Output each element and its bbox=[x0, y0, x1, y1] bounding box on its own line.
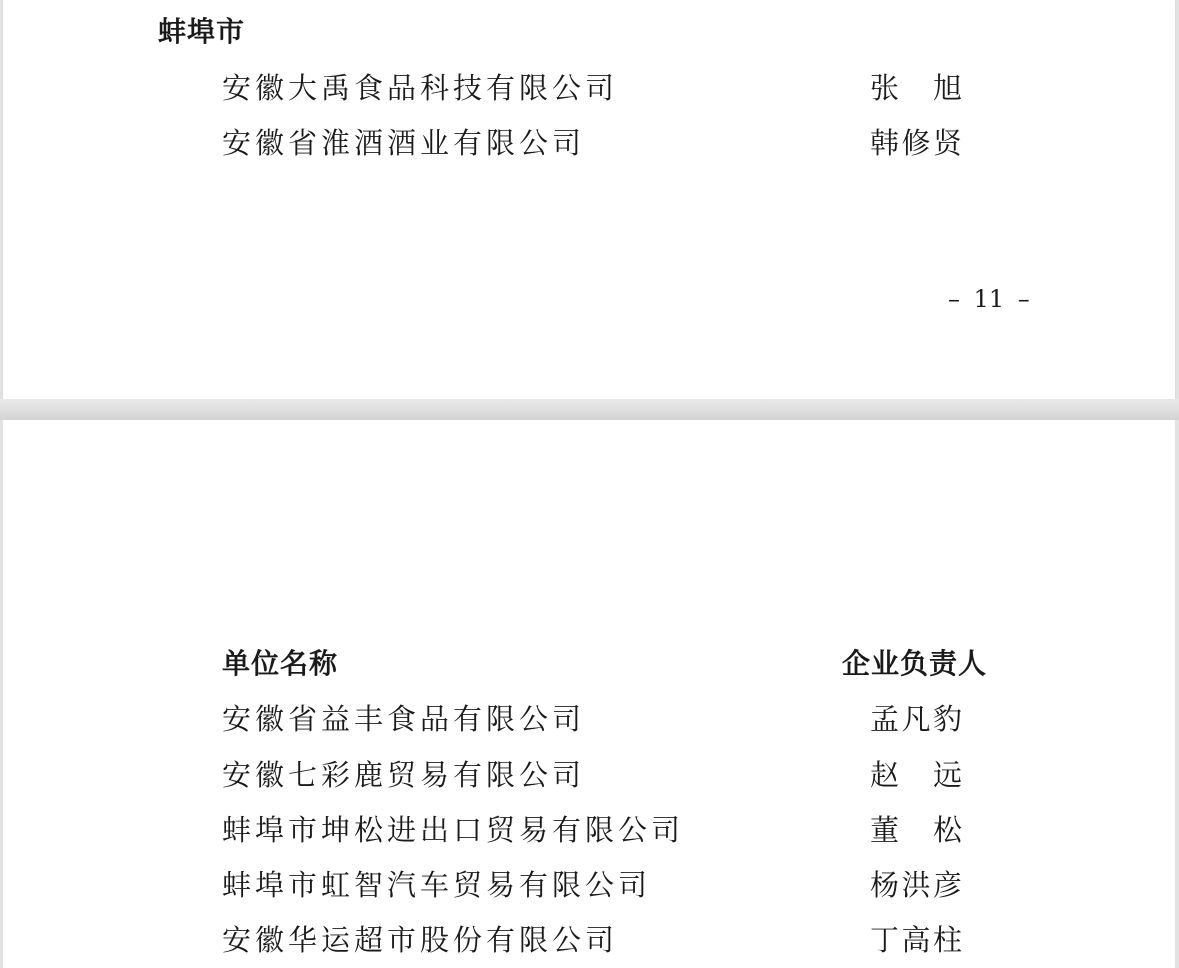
page-number: – 11 – bbox=[948, 285, 1030, 313]
leader-name: 张 旭 bbox=[870, 66, 962, 107]
leader-name: 赵 远 bbox=[870, 753, 962, 794]
company-name: 安徽大禹食品科技有限公司 bbox=[222, 66, 618, 107]
company-name: 安徽省益丰食品有限公司 bbox=[222, 697, 585, 738]
document-page-12: 单位名称 企业负责人 安徽省益丰食品有限公司 孟凡豹 安徽七彩鹿贸易有限公司 赵… bbox=[3, 420, 1175, 968]
company-name: 蚌埠市虹智汽车贸易有限公司 bbox=[222, 863, 651, 904]
leader-name: 丁高柱 bbox=[870, 918, 962, 959]
company-name: 蚌埠市坤松进出口贸易有限公司 bbox=[222, 808, 684, 849]
leader-name: 杨洪彦 bbox=[870, 863, 962, 904]
document-page-11: 蚌埠市 安徽大禹食品科技有限公司 张 旭 安徽省淮酒酒业有限公司 韩修贤 – 1… bbox=[3, 0, 1175, 399]
leader-name: 孟凡豹 bbox=[870, 697, 962, 738]
company-name: 安徽省淮酒酒业有限公司 bbox=[222, 121, 585, 162]
column-header-leader: 企业负责人 bbox=[842, 642, 987, 682]
company-name: 安徽七彩鹿贸易有限公司 bbox=[222, 753, 585, 794]
column-header-company: 单位名称 bbox=[222, 642, 338, 682]
leader-name: 韩修贤 bbox=[870, 121, 962, 162]
page-separator bbox=[0, 399, 1179, 420]
leader-name: 董 松 bbox=[870, 808, 962, 849]
city-heading: 蚌埠市 bbox=[158, 10, 245, 50]
company-name: 安徽华运超市股份有限公司 bbox=[222, 918, 618, 959]
